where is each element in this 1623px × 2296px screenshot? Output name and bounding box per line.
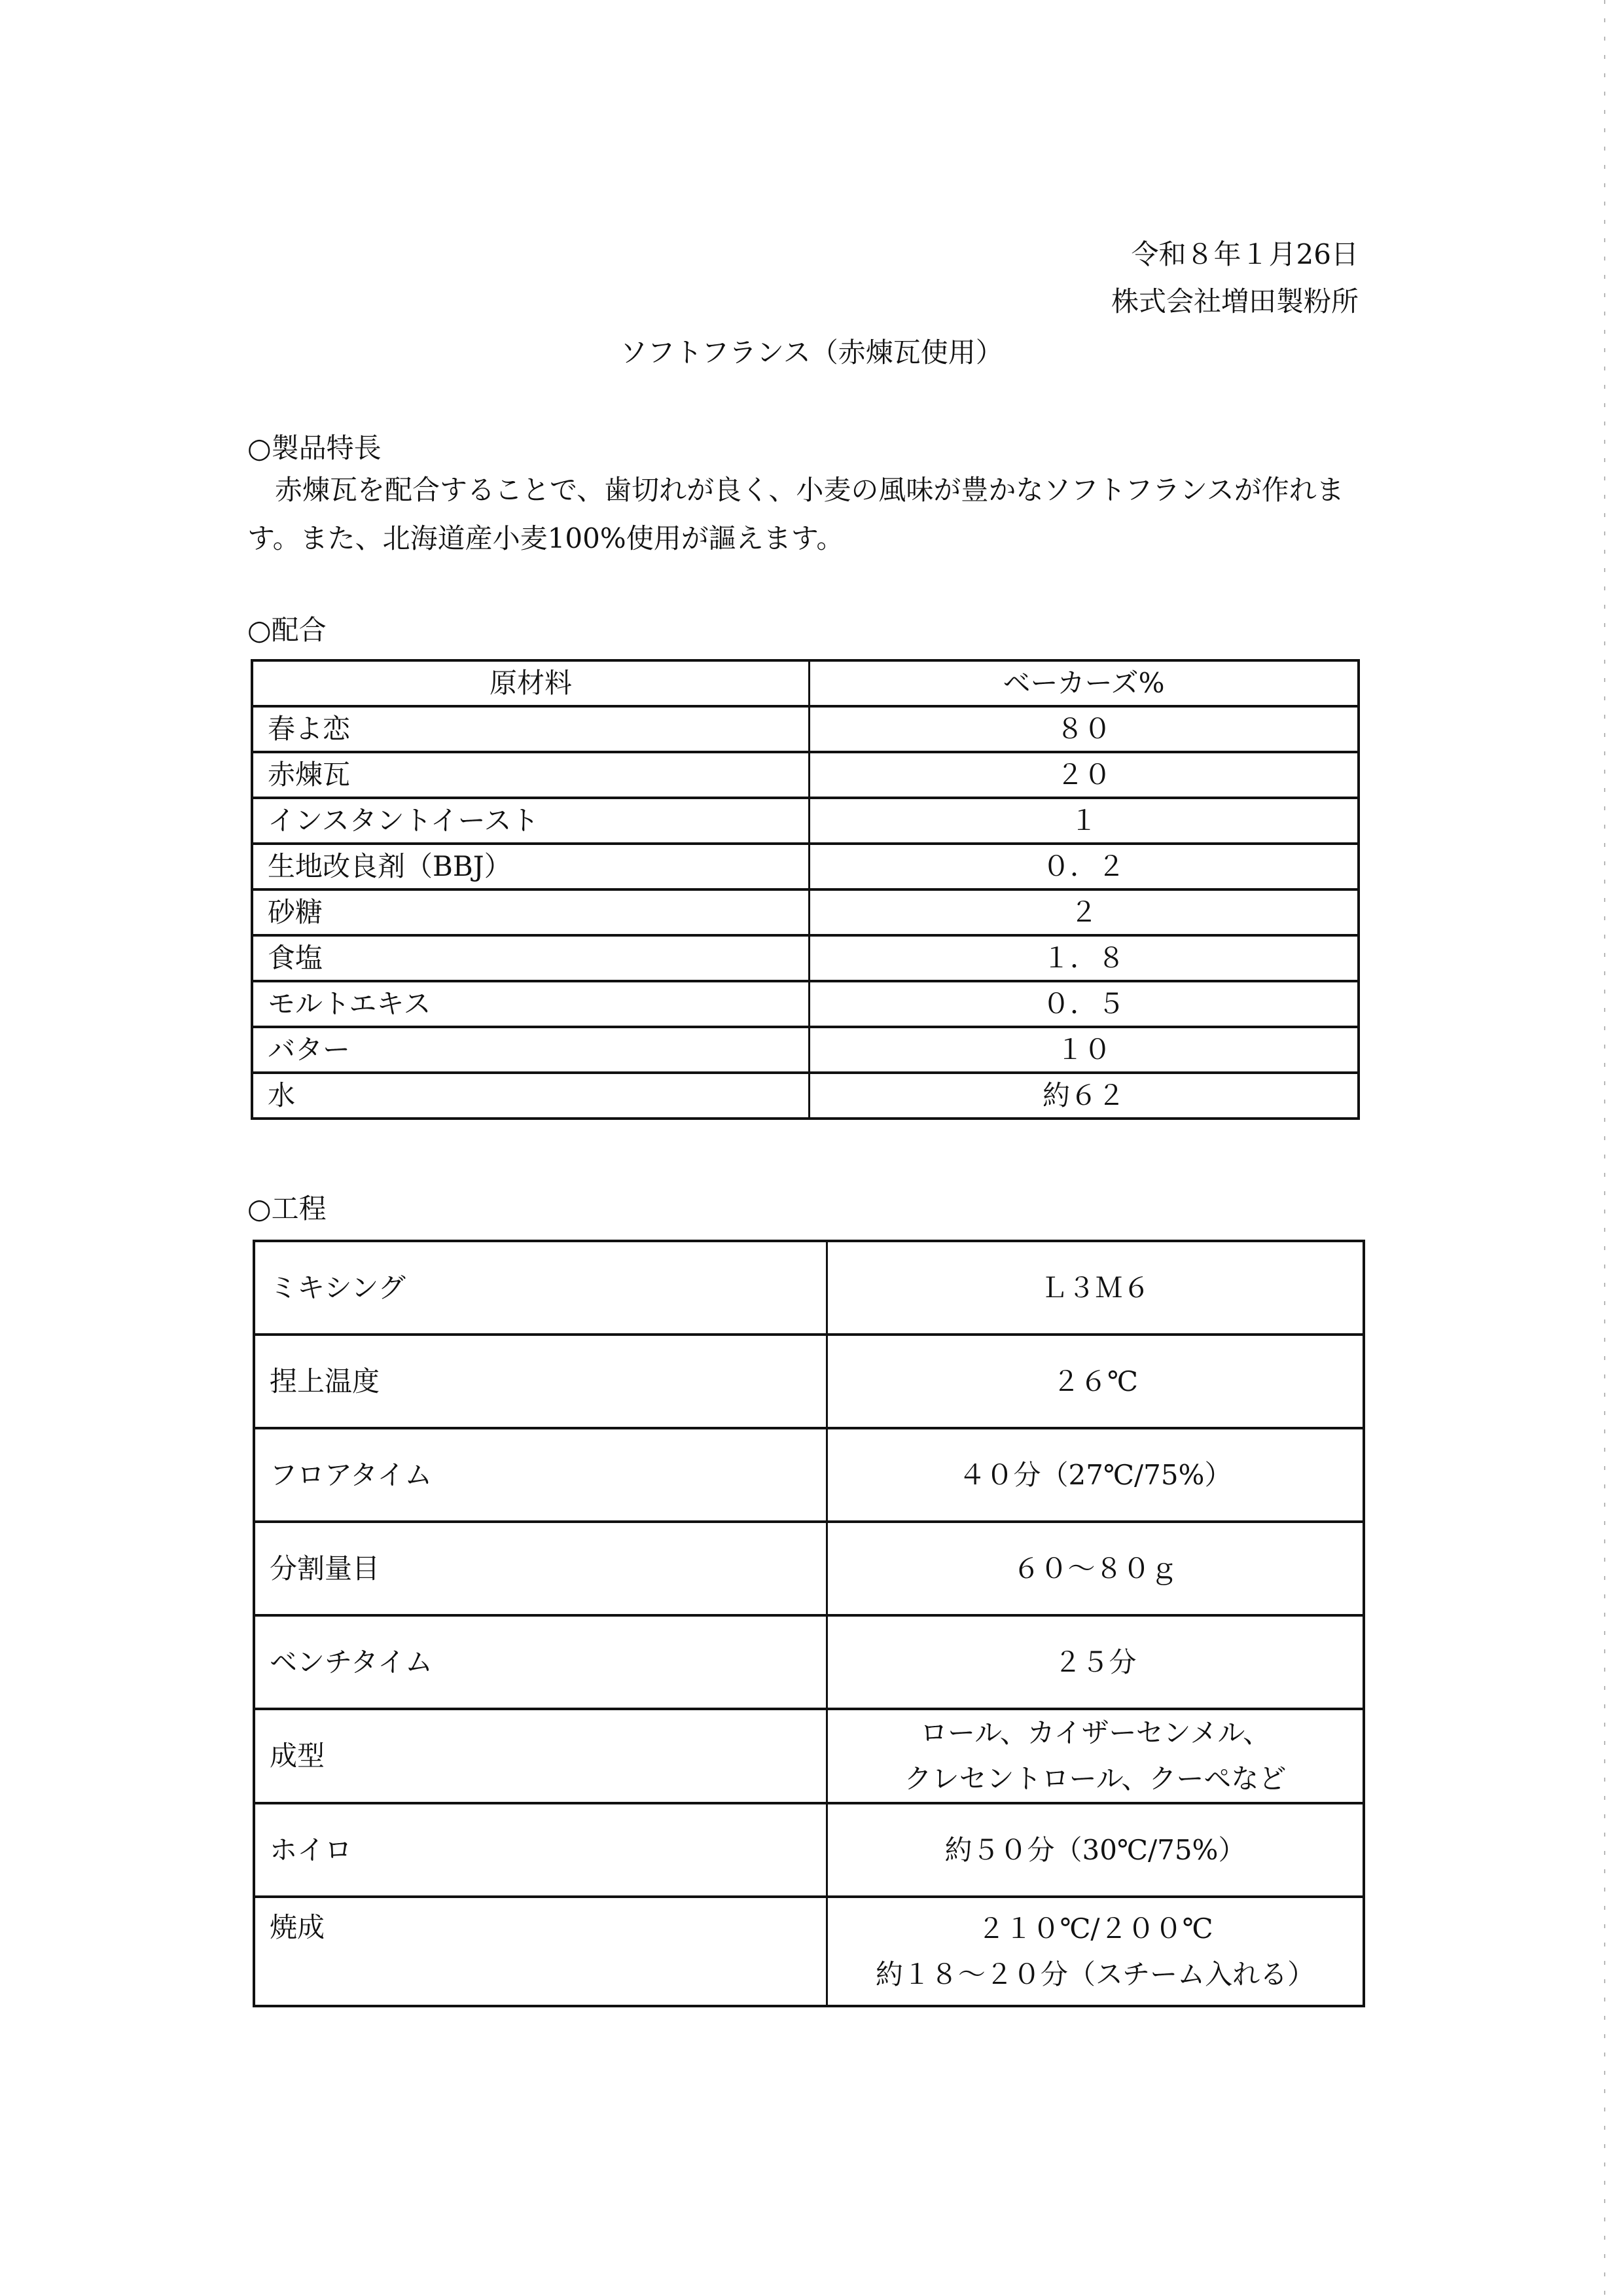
value-cell: ２６℃ — [827, 1335, 1364, 1428]
table-row: 成型 ロール、カイザーセンメル、 クレセントロール、クーペなど — [254, 1709, 1364, 1803]
table-row: 春よ恋 ８０ — [252, 706, 1359, 752]
process-heading: ○工程 — [247, 1195, 327, 1223]
percent-cell: ０．５ — [810, 981, 1359, 1027]
percent-cell: ２ — [810, 889, 1359, 935]
table-row: ベンチタイム ２５分 — [254, 1615, 1364, 1709]
value-line: ６０～８０ｇ — [828, 1546, 1363, 1592]
document-date: 令和８年１月26日 — [1132, 241, 1359, 268]
table-row: 水 約６２ — [252, 1073, 1359, 1119]
step-cell: ホイロ — [254, 1803, 827, 1897]
ingredient-cell: バター — [252, 1027, 810, 1073]
table-row: 赤煉瓦 ２０ — [252, 752, 1359, 798]
ingredient-cell: 生地改良剤（BBJ） — [252, 844, 810, 889]
recipe-header-row: 原材料 ベーカーズ% — [252, 660, 1359, 706]
step-cell: ベンチタイム — [254, 1615, 827, 1709]
value-cell: ６０～８０ｇ — [827, 1522, 1364, 1615]
table-row: 焼成 ２１０℃/２００℃ 約１８～２０分（スチーム入れる） — [254, 1897, 1364, 2006]
percent-cell: １ — [810, 798, 1359, 844]
table-row: ホイロ 約５０分（30℃/75%） — [254, 1803, 1364, 1897]
percent-cell: ８０ — [810, 706, 1359, 752]
value-line: クレセントロール、クーペなど — [828, 1756, 1363, 1802]
ingredient-cell: インスタントイースト — [252, 798, 810, 844]
value-line: 約５０分（30℃/75%） — [828, 1827, 1363, 1873]
percent-cell: １０ — [810, 1027, 1359, 1073]
step-cell: 成型 — [254, 1709, 827, 1803]
percent-cell: 約６２ — [810, 1073, 1359, 1119]
table-row: 食塩 １．８ — [252, 935, 1359, 981]
features-heading: ○製品特長 — [247, 435, 382, 462]
ingredient-cell: 砂糖 — [252, 889, 810, 935]
document-title: ソフトフランス（赤煉瓦使用） — [0, 339, 1623, 367]
process-table: ミキシング Ｌ３Ｍ６ 捏上温度 ２６℃ フロアタイム ４０分（27℃/75%） … — [253, 1240, 1365, 2007]
ingredient-cell: 春よ恋 — [252, 706, 810, 752]
value-line: Ｌ３Ｍ６ — [828, 1265, 1363, 1311]
ingredient-cell: 食塩 — [252, 935, 810, 981]
value-line: ２６℃ — [828, 1359, 1363, 1405]
value-cell: 約５０分（30℃/75%） — [827, 1803, 1364, 1897]
value-cell: ロール、カイザーセンメル、 クレセントロール、クーペなど — [827, 1709, 1364, 1803]
table-row: バター １０ — [252, 1027, 1359, 1073]
ingredient-cell: モルトエキス — [252, 981, 810, 1027]
step-cell: フロアタイム — [254, 1428, 827, 1522]
recipe-table: 原材料 ベーカーズ% 春よ恋 ８０ 赤煉瓦 ２０ インスタントイースト １ 生地… — [251, 659, 1360, 1120]
ingredient-cell: 水 — [252, 1073, 810, 1119]
table-row: 生地改良剤（BBJ） ０．２ — [252, 844, 1359, 889]
column-header-bakers-percent: ベーカーズ% — [810, 660, 1359, 706]
features-text: 赤煉瓦を配合することで、歯切れが良く、小麦の風味が豊かなソフトフランスが作れます… — [247, 466, 1373, 563]
table-row: 捏上温度 ２６℃ — [254, 1335, 1364, 1428]
column-header-ingredient: 原材料 — [252, 660, 810, 706]
value-line: ４０分（27℃/75%） — [828, 1452, 1363, 1498]
percent-cell: ２０ — [810, 752, 1359, 798]
step-cell: 捏上温度 — [254, 1335, 827, 1428]
value-cell: ２１０℃/２００℃ 約１８～２０分（スチーム入れる） — [827, 1897, 1364, 2006]
table-row: モルトエキス ０．５ — [252, 981, 1359, 1027]
table-row: 砂糖 ２ — [252, 889, 1359, 935]
step-cell: 分割量目 — [254, 1522, 827, 1615]
value-line: ロール、カイザーセンメル、 — [828, 1710, 1363, 1756]
value-cell: ２５分 — [827, 1615, 1364, 1709]
step-cell: ミキシング — [254, 1241, 827, 1335]
table-row: インスタントイースト １ — [252, 798, 1359, 844]
percent-cell: １．８ — [810, 935, 1359, 981]
value-line: 約１８～２０分（スチーム入れる） — [828, 1952, 1363, 1998]
company-name: 株式会社増田製粉所 — [1111, 288, 1359, 315]
ingredient-cell: 赤煉瓦 — [252, 752, 810, 798]
value-line: ２５分 — [828, 1640, 1363, 1685]
value-cell: ４０分（27℃/75%） — [827, 1428, 1364, 1522]
table-row: フロアタイム ４０分（27℃/75%） — [254, 1428, 1364, 1522]
table-row: 分割量目 ６０～８０ｇ — [254, 1522, 1364, 1615]
percent-cell: ０．２ — [810, 844, 1359, 889]
value-line: ２１０℃/２００℃ — [828, 1906, 1363, 1952]
value-cell: Ｌ３Ｍ６ — [827, 1241, 1364, 1335]
table-row: ミキシング Ｌ３Ｍ６ — [254, 1241, 1364, 1335]
step-cell: 焼成 — [254, 1897, 827, 2006]
recipe-heading: ○配合 — [247, 617, 327, 644]
